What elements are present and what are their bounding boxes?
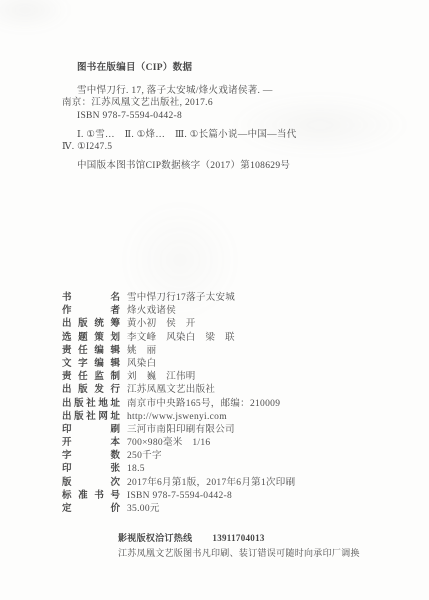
cip-class-line2: Ⅳ. ①I247.5 [62, 141, 382, 153]
row-value: 江苏凤凰文艺出版社 [127, 384, 215, 397]
cip-classification: Ⅰ. ①雪… Ⅱ. ①烽… Ⅲ. ①长篇小说—中国—当代 Ⅳ. ①I247.5 [62, 129, 382, 153]
cip-block: 图书在版编目（CIP）数据 雪中悍刀行. 17, 落子太安城/烽火戏诸侯著. —… [62, 62, 382, 179]
table-row: 开本700×980毫米 1/16 [62, 437, 392, 450]
row-label: 开本 [62, 437, 120, 450]
cip-header: 图书在版编目（CIP）数据 [77, 62, 382, 74]
row-label: 书名 [62, 292, 120, 305]
row-value: 李文峰 风染白 梁 联 [127, 332, 235, 345]
row-label: 出版发行 [62, 384, 120, 397]
hotline-number: 13911704013 [212, 533, 264, 543]
table-row: 责任编辑姚 丽 [62, 345, 392, 358]
table-row: 文字编辑风染白 [62, 358, 392, 371]
table-row: 出版统筹黄小初 侯 开 [62, 318, 392, 331]
row-value: 700×980毫米 1/16 [127, 437, 210, 450]
row-label: 版次 [62, 477, 120, 490]
table-row: 字数250千字 [62, 450, 392, 463]
row-value: 烽火戏诸侯 [127, 305, 176, 318]
row-label: 印张 [62, 463, 120, 476]
table-row: 标准书号ISBN 978-7-5594-0442-8 [62, 490, 392, 503]
table-row: 版次2017年6月第1版，2017年6月第1次印刷 [62, 477, 392, 490]
table-row: 出版发行江苏凤凰文艺出版社 [62, 384, 392, 397]
cip-class-line1: Ⅰ. ①雪… Ⅱ. ①烽… Ⅲ. ①长篇小说—中国—当代 [77, 129, 382, 141]
table-row: 责任监制刘 巍 江伟明 [62, 371, 392, 384]
row-value: ISBN 978-7-5594-0442-8 [127, 490, 232, 503]
row-value: 风染白 [127, 358, 156, 371]
row-label: 选题策划 [62, 332, 120, 345]
row-value: 35.00元 [127, 503, 160, 516]
cip-publisher-line: 南京：江苏凤凰文艺出版社, 2017.6 [62, 97, 382, 109]
exchange-notice: 江苏凤凰文艺版图书凡印刷、装订错误可随时向承印厂调换 [118, 546, 360, 561]
table-row: 印刷三河市南阳印刷有限公司 [62, 424, 392, 437]
row-value: 18.5 [127, 463, 145, 476]
row-label: 责任编辑 [62, 345, 120, 358]
row-label: 文字编辑 [62, 358, 120, 371]
row-label: 出版社网址 [62, 411, 120, 424]
row-label: 责任监制 [62, 371, 120, 384]
table-row: 选题策划李文峰 风染白 梁 联 [62, 332, 392, 345]
table-row: 定价35.00元 [62, 503, 392, 516]
row-value: 刘 巍 江伟明 [127, 371, 196, 384]
row-value publisher-url: http://www.jswenyi.com [127, 411, 227, 424]
row-label: 印刷 [62, 424, 120, 437]
row-label: 定价 [62, 503, 120, 516]
table-row: 书名雪中悍刀行17落子太安城 [62, 292, 392, 305]
cip-isbn-line: ISBN 978-7-5594-0442-8 [77, 110, 382, 122]
table-row: 出版社网址http://www.jswenyi.com [62, 411, 392, 424]
scan-artifact [0, 0, 70, 30]
row-label: 作者 [62, 305, 120, 318]
row-label: 字数 [62, 450, 120, 463]
row-value: 黄小初 侯 开 [127, 318, 196, 331]
cip-description: 雪中悍刀行. 17, 落子太安城/烽火戏诸侯著. — 南京：江苏凤凰文艺出版社,… [62, 85, 382, 122]
table-row: 作者烽火戏诸侯 [62, 305, 392, 318]
row-value: 南京市中央路165号，邮编：210009 [127, 398, 280, 411]
hotline-label: 影视版权洽订热线 [118, 533, 192, 543]
hotline-line: 影视版权洽订热线13911704013 [118, 531, 360, 546]
copyright-page: 图书在版编目（CIP）数据 雪中悍刀行. 17, 落子太安城/烽火戏诸侯著. —… [0, 0, 429, 600]
row-value: 三河市南阳印刷有限公司 [127, 424, 235, 437]
table-row: 出版社地址南京市中央路165号，邮编：210009 [62, 398, 392, 411]
footer-notices: 影视版权洽订热线13911704013 江苏凤凰文艺版图书凡印刷、装订错误可随时… [118, 531, 360, 561]
row-label: 出版统筹 [62, 318, 120, 331]
row-label: 出版社地址 [62, 398, 120, 411]
row-value: 250千字 [127, 450, 162, 463]
row-value: 2017年6月第1版，2017年6月第1次印刷 [127, 477, 295, 490]
table-row: 印张18.5 [62, 463, 392, 476]
cip-record-line: 中国版本图书馆CIP数据核字（2017）第108629号 [77, 160, 382, 172]
publication-info-table: 书名雪中悍刀行17落子太安城 作者烽火戏诸侯 出版统筹黄小初 侯 开 选题策划李… [62, 292, 392, 516]
cip-record: 中国版本图书馆CIP数据核字（2017）第108629号 [62, 160, 382, 172]
row-value: 雪中悍刀行17落子太安城 [127, 292, 235, 305]
row-label: 标准书号 [62, 490, 120, 503]
row-value: 姚 丽 [127, 345, 156, 358]
cip-title-line: 雪中悍刀行. 17, 落子太安城/烽火戏诸侯著. — [77, 85, 382, 97]
